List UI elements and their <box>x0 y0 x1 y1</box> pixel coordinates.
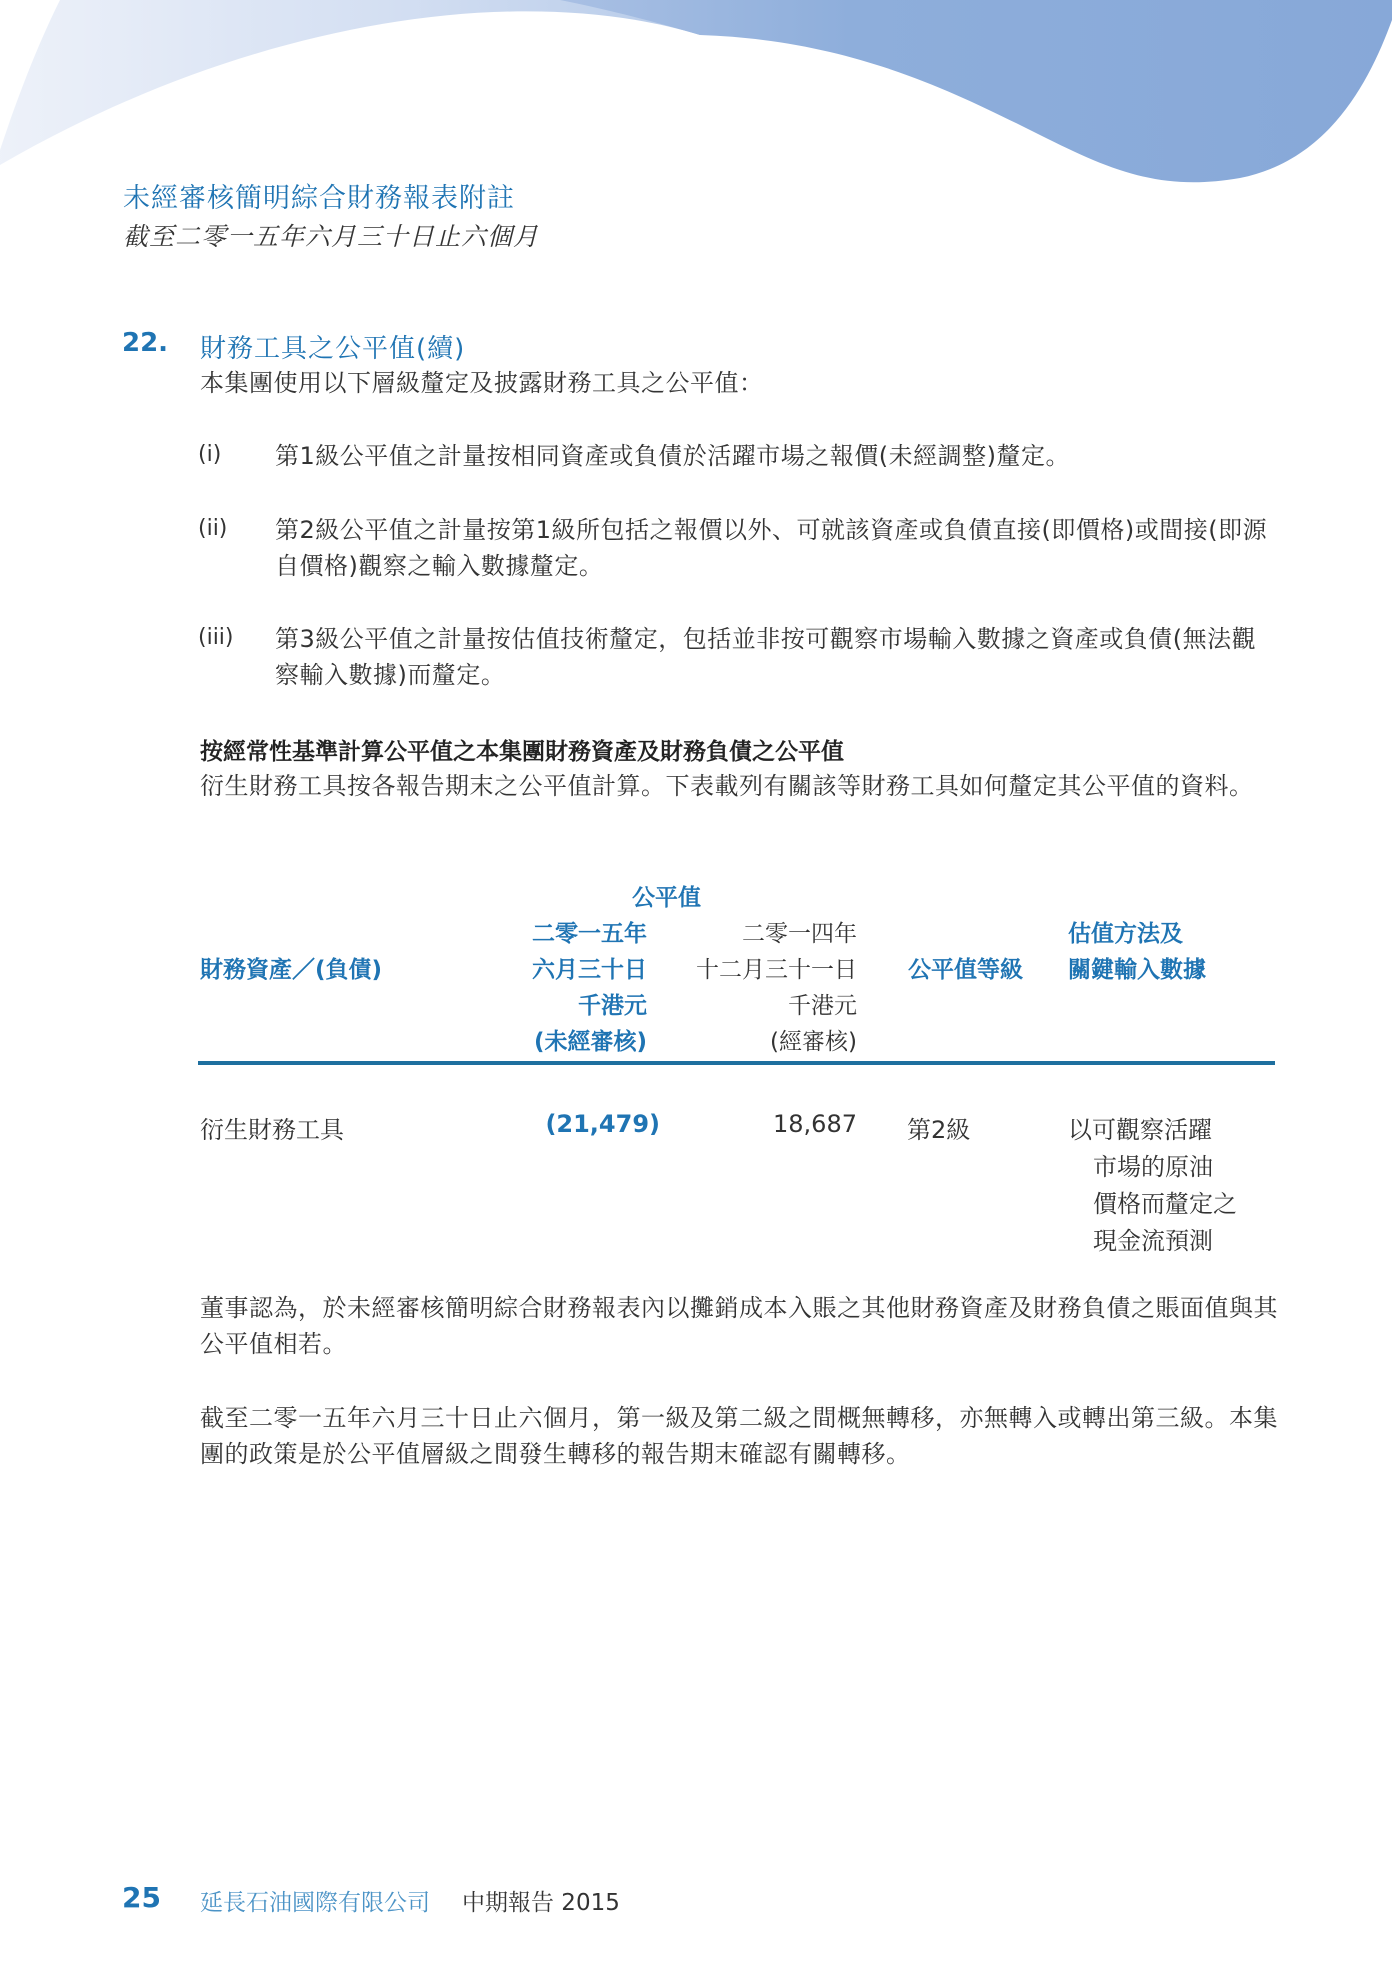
list-item-text: 第2級公平值之計量按第1級所包括之報價以外、可就該資產或負債直接(即價格)或間接… <box>275 512 1275 584</box>
row-method-line3: 價格而釐定之 <box>1093 1184 1237 1219</box>
table-header-rule <box>198 1061 1275 1065</box>
page-number: 25 <box>122 1881 161 1914</box>
column-header-2015-audit: (未經審核) <box>534 1024 647 1060</box>
row-method-line4: 現金流預測 <box>1093 1221 1213 1256</box>
column-header-2015-year: 二零一五年 <box>532 916 647 952</box>
row-value-2015: (21,479) <box>545 1110 660 1138</box>
list-item-label: (i) <box>198 442 221 467</box>
list-item-label: (iii) <box>198 625 234 650</box>
report-name: 中期報告 2015 <box>462 1884 620 1917</box>
row-method-line1: 以可觀察活躍 <box>1068 1110 1212 1145</box>
column-header-2015-unit: 千港元 <box>578 988 647 1024</box>
section-intro: 本集團使用以下層級釐定及披露財務工具之公平值： <box>200 365 764 401</box>
company-name: 延長石油國際有限公司 <box>200 1884 430 1917</box>
note-paragraph: 董事認為，於未經審核簡明綜合財務報表內以攤銷成本入賬之其他財務資產及財務負債之賬… <box>200 1290 1280 1362</box>
section-number: 22. <box>122 328 168 358</box>
table-group-header: 公平值 <box>632 880 701 916</box>
column-header-2014-audit: (經審核) <box>770 1024 857 1060</box>
list-item-label: (ii) <box>198 516 227 541</box>
column-header-level: 公平值等級 <box>908 952 1023 988</box>
sub-heading: 按經常性基準計算公平值之本集團財務資產及財務負債之公平值 <box>200 733 844 766</box>
list-item-text: 第3級公平值之計量按估值技術釐定，包括並非按可觀察市場輸入數據之資產或負債(無法… <box>275 621 1275 693</box>
column-header-method-line1: 估值方法及 <box>1068 916 1183 952</box>
row-method-line2: 市場的原油 <box>1093 1147 1213 1182</box>
report-period-subtitle: 截至二零一五年六月三十日止六個月 <box>123 217 539 253</box>
column-header-item: 財務資產／(負債) <box>200 952 382 988</box>
row-value-2014: 18,687 <box>773 1110 857 1138</box>
report-section-title: 未經審核簡明綜合財務報表附註 <box>123 176 515 215</box>
column-header-2014-year: 二零一四年 <box>742 916 857 952</box>
column-header-2015-date: 六月三十日 <box>532 952 647 988</box>
section-title: 財務工具之公平值(續) <box>200 328 465 365</box>
row-level: 第2級 <box>907 1110 970 1145</box>
column-header-2014-date: 十二月三十一日 <box>696 952 857 988</box>
column-header-2014-unit: 千港元 <box>788 988 857 1024</box>
note-paragraph: 截至二零一五年六月三十日止六個月，第一級及第二級之間概無轉移，亦無轉入或轉出第三… <box>200 1400 1280 1472</box>
column-header-method-line2: 關鍵輸入數據 <box>1068 952 1206 988</box>
list-item-text: 第1級公平值之計量按相同資產或負債於活躍市場之報價(未經調整)釐定。 <box>275 438 1275 474</box>
sub-paragraph: 衍生財務工具按各報告期末之公平值計算。下表載列有關該等財務工具如何釐定其公平值的… <box>200 768 1280 804</box>
row-item: 衍生財務工具 <box>200 1110 344 1145</box>
